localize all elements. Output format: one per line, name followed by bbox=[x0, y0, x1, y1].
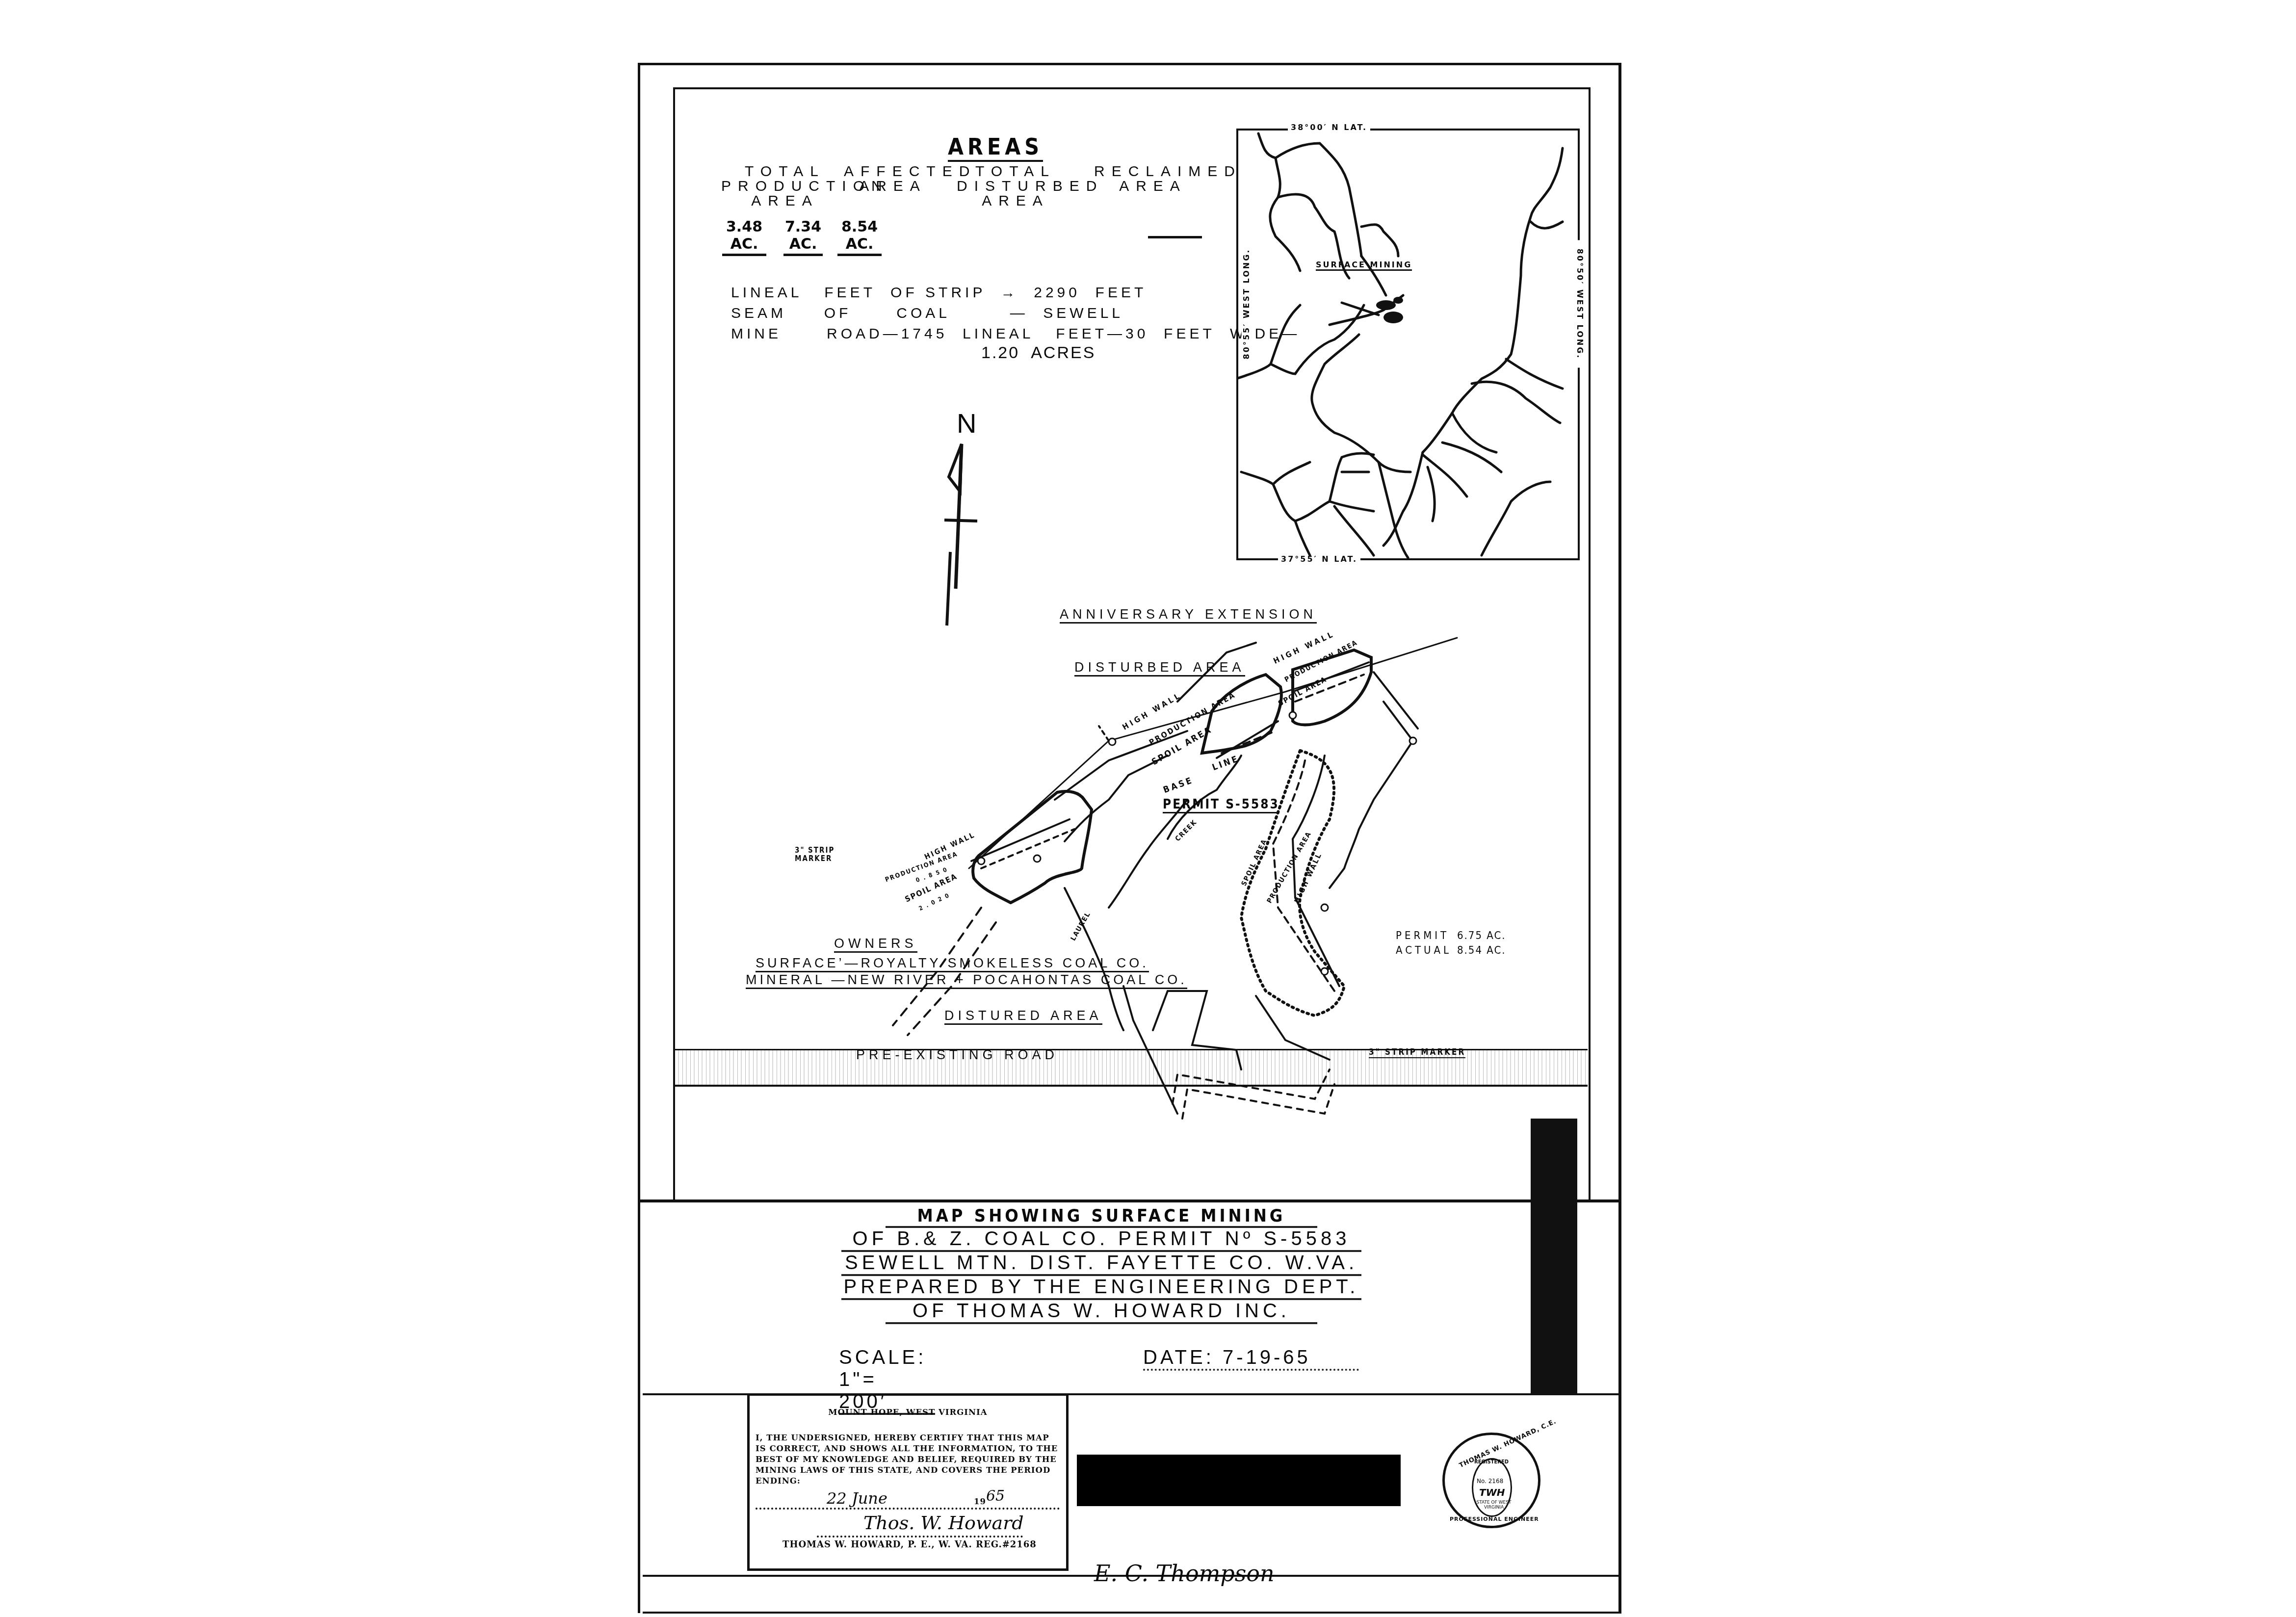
areas-header-line: AREA bbox=[1094, 179, 1212, 194]
cert-signer: THOMAS W. HOWARD, P. E., W. VA. REG.#216… bbox=[783, 1539, 1037, 1550]
acreage-permit-value: 6.75 AC. bbox=[1457, 930, 1506, 942]
cert-location: MOUNT HOPE, WEST VIRGINIA bbox=[747, 1407, 1069, 1418]
areas-value-reclaimed bbox=[1148, 218, 1202, 238]
title-block: MAP SHOWING SURFACE MINING OF B.& Z. COA… bbox=[841, 1206, 1361, 1324]
cert-date-line bbox=[756, 1494, 1060, 1510]
pre-existing-road-label: PRE-EXISTING ROAD bbox=[856, 1047, 1058, 1063]
date-label: DATE: 7-19-65 bbox=[1143, 1347, 1359, 1371]
cert-date-handwritten: 22 June bbox=[827, 1489, 887, 1508]
redaction-box bbox=[1077, 1455, 1401, 1506]
seal-state: STATE OF WEST VIRGINIA bbox=[1474, 1500, 1513, 1510]
areas-header-line: AREA bbox=[957, 194, 1074, 209]
areas-value-total-disturbed: 8.54 AC. bbox=[837, 218, 882, 256]
strip-marker-right-label: 3" STRIP MARKER bbox=[1369, 1047, 1465, 1058]
lineal-feet-of-strip: LINEAL FEET OF STRIP → 2290 FEET bbox=[731, 285, 1147, 301]
cert-year-handwritten: 65 bbox=[986, 1487, 1005, 1505]
bottom-rule-2 bbox=[643, 1612, 1621, 1614]
areas-value-total-production: 3.48 AC. bbox=[722, 218, 766, 256]
acreage-actual-label: ACTUAL bbox=[1396, 944, 1452, 957]
title-line-1: MAP SHOWING SURFACE MINING bbox=[886, 1206, 1317, 1228]
seal-number: No. 2168 bbox=[1477, 1478, 1503, 1485]
strip-marker-left-label: 3" STRIP MARKER bbox=[795, 846, 839, 863]
areas-title: AREAS bbox=[948, 133, 1043, 162]
areas-col-total-disturbed: TOTAL DISTURBED AREA bbox=[957, 164, 1074, 209]
title-line-5: OF THOMAS W. HOWARD INC. bbox=[886, 1300, 1317, 1324]
areas-header-line: TOTAL bbox=[721, 164, 849, 179]
title-block-top-rule bbox=[638, 1200, 1621, 1202]
disturbed-area-top-label: DISTURBED AREA bbox=[1074, 660, 1245, 677]
areas-col-affected: AFFECTED AREA bbox=[844, 164, 942, 194]
inset-streams bbox=[1236, 129, 1580, 560]
acreage-actual-value: 8.54 AC. bbox=[1457, 944, 1506, 957]
title-line-4: PREPARED BY THE ENGINEERING DEPT. bbox=[841, 1276, 1361, 1300]
acreage-permit-label: PERMIT bbox=[1396, 930, 1449, 942]
mine-road: MINE ROAD—1745 LINEAL FEET—30 FEET WIDE— bbox=[731, 326, 1300, 342]
mine-road-acres: 1.20 ACRES bbox=[981, 343, 1096, 363]
areas-header-line: PRODUCTION bbox=[721, 179, 849, 194]
title-line-2: OF B.& Z. COAL CO. PERMIT Nº S-5583 bbox=[841, 1228, 1361, 1252]
owner-mineral: MINERAL —NEW RIVER + POCAHONTAS COAL CO. bbox=[746, 972, 1187, 989]
areas-header-line: DISTURBED bbox=[957, 179, 1074, 194]
owners-title: OWNERS bbox=[834, 936, 917, 953]
areas-col-reclaimed: RECLAIMED AREA bbox=[1094, 164, 1212, 194]
seal-bottom-text: PROFESSIONAL ENGINEER bbox=[1450, 1516, 1539, 1522]
areas-header-line: RECLAIMED bbox=[1094, 164, 1212, 179]
anniversary-extension-label: ANNIVERSARY EXTENSION bbox=[1060, 607, 1317, 624]
seal-registered: REGISTERED bbox=[1474, 1460, 1509, 1465]
areas-header-line: TOTAL bbox=[957, 164, 1074, 179]
areas-header-line: AREA bbox=[721, 194, 849, 209]
bottom-signature: E. C. Thompson bbox=[1094, 1560, 1275, 1587]
disturbed-area-bottom-label: DISTURED AREA bbox=[944, 1008, 1102, 1025]
areas-header-line: AFFECTED bbox=[844, 164, 942, 179]
permit-label: PERMIT S-5583 bbox=[1163, 797, 1279, 813]
north-label: N bbox=[957, 407, 976, 439]
north-arrow-icon bbox=[942, 442, 981, 638]
cert-body: I, THE UNDERSIGNED, HEREBY CERTIFY THAT … bbox=[756, 1433, 1060, 1487]
areas-header-line: AREA bbox=[844, 179, 942, 194]
owner-surface: SURFACE’—ROYALTY SMOKELESS COAL CO. bbox=[756, 956, 1149, 972]
seam-of-coal: SEAM OF COAL — SEWELL bbox=[731, 305, 1123, 322]
site-plan-drawing bbox=[834, 613, 1472, 1177]
title-line-3: SEWELL MTN. DIST. FAYETTE CO. W.VA. bbox=[841, 1252, 1361, 1276]
cert-signature: Thos. W. Howard bbox=[863, 1512, 1024, 1534]
areas-value-affected: 7.34 AC. bbox=[783, 218, 823, 256]
binding-strip bbox=[1531, 1119, 1577, 1393]
seal-initials: TWH bbox=[1479, 1487, 1505, 1498]
areas-col-total-production: TOTAL PRODUCTION AREA bbox=[721, 164, 849, 209]
cert-year-prefix: 19 bbox=[974, 1496, 986, 1507]
